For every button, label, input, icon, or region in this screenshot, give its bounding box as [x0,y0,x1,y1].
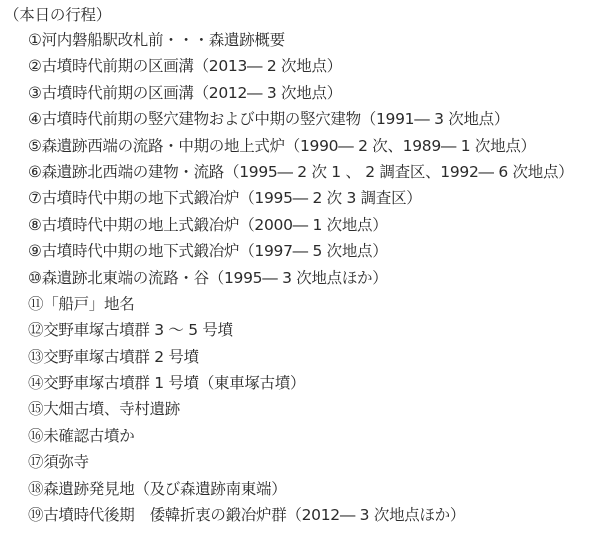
itinerary-item-3: ③古墳時代前期の区画溝（2012― 3 次地点） [28,81,573,107]
itinerary-item-11: ⑪「船戸」地名 [28,292,573,318]
itinerary-item-6: ⑥森遺跡北西端の建物・流路（1995― 2 次 1 、 2 調査区、1992― … [28,160,573,186]
itinerary-item-5: ⑤森遺跡西端の流路・中期の地上式炉（1990― 2 次、1989― 1 次地点） [28,134,573,160]
itinerary-document: （本日の行程） ①河内磐船駅改札前・・・森遺跡概要 ②古墳時代前期の区画溝（20… [0,0,604,546]
itinerary-item-2: ②古墳時代前期の区画溝（2013― 2 次地点） [28,54,573,80]
itinerary-heading: （本日の行程） [4,3,111,27]
itinerary-item-7: ⑦古墳時代中期の地下式鍛冶炉（1995― 2 次 3 調査区） [28,186,573,212]
itinerary-item-8: ⑧古墳時代中期の地上式鍛冶炉（2000― 1 次地点） [28,213,573,239]
itinerary-list: ①河内磐船駅改札前・・・森遺跡概要 ②古墳時代前期の区画溝（2013― 2 次地… [28,28,573,529]
itinerary-item-12: ⑫交野車塚古墳群 3 ～ 5 号墳 [28,318,573,344]
itinerary-item-17: ⑰須弥寺 [28,450,573,476]
itinerary-item-15: ⑮大畑古墳、寺村遺跡 [28,397,573,423]
itinerary-item-4: ④古墳時代前期の竪穴建物および中期の竪穴建物（1991― 3 次地点） [28,107,573,133]
itinerary-item-19: ⑲古墳時代後期 倭韓折衷の鍛冶炉群（2012― 3 次地点ほか） [28,503,573,529]
itinerary-item-18: ⑱森遺跡発見地（及び森遺跡南東端） [28,477,573,503]
itinerary-item-14: ⑭交野車塚古墳群 1 号墳（東車塚古墳） [28,371,573,397]
itinerary-item-16: ⑯未確認古墳か [28,424,573,450]
itinerary-item-10: ⑩森遺跡北東端の流路・谷（1995― 3 次地点ほか） [28,266,573,292]
itinerary-item-9: ⑨古墳時代中期の地下式鍛冶炉（1997― 5 次地点） [28,239,573,265]
itinerary-item-1: ①河内磐船駅改札前・・・森遺跡概要 [28,28,573,54]
itinerary-item-13: ⑬交野車塚古墳群 2 号墳 [28,345,573,371]
